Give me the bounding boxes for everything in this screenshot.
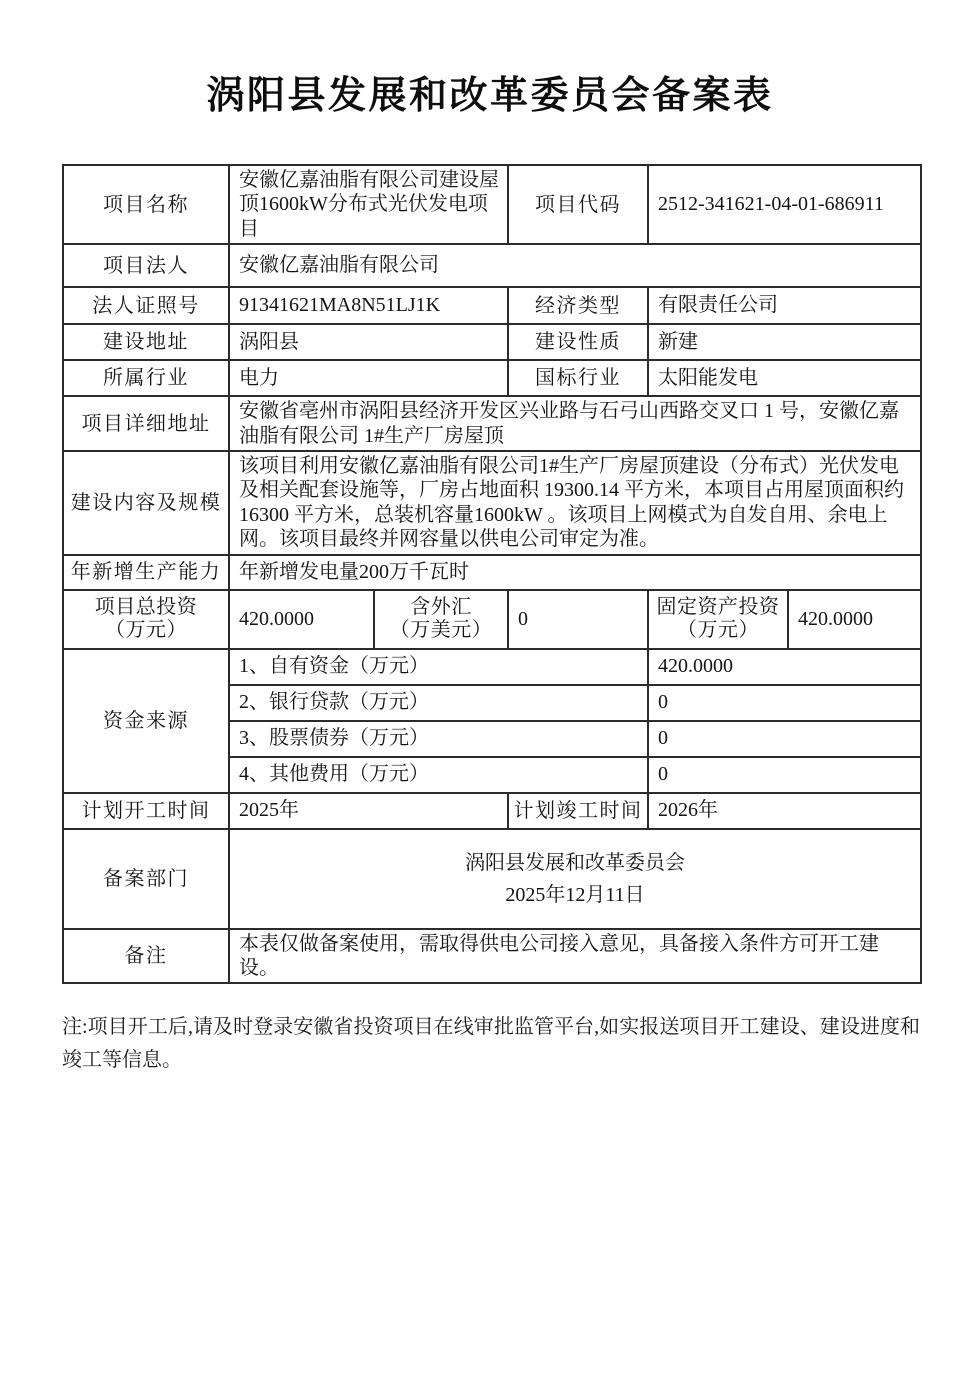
content-scale-value: 该项目利用安徽亿嘉油脂有限公司1#生产厂房屋顶建设（分布式）光伏发电及相关配套设… xyxy=(229,451,921,555)
national-industry-label: 国标行业 xyxy=(508,360,648,396)
registration-dept-label: 备案部门 xyxy=(63,829,229,929)
funding-item-4: 4、其他费用（万元） xyxy=(229,757,648,793)
content-scale-label: 建设内容及规模 xyxy=(63,451,229,555)
funding-source-label: 资金来源 xyxy=(63,649,229,793)
annual-capacity-label: 年新增生产能力 xyxy=(63,555,229,590)
license-no-value: 91341621MA8N51LJ1K xyxy=(229,287,508,324)
detail-address-value: 安徽省亳州市涡阳县经济开发区兴业路与石弓山西路交叉口 1 号，安徽亿嘉油脂有限公… xyxy=(229,396,921,451)
industry-value: 电力 xyxy=(229,360,508,396)
page-title: 涡阳县发展和改革委员会备案表 xyxy=(0,0,980,118)
table-row: 建设内容及规模 该项目利用安徽亿嘉油脂有限公司1#生产厂房屋顶建设（分布式）光伏… xyxy=(63,451,921,555)
remark-value: 本表仅做备案使用，需取得供电公司接入意见，具备接入条件方可开工建设。 xyxy=(229,929,921,984)
funding-value-3: 0 xyxy=(648,721,921,757)
total-investment-label: 项目总投资 （万元） xyxy=(63,590,229,649)
registration-authority: 涡阳县发展和改革委员会 xyxy=(230,847,920,879)
registration-dept-value: 涡阳县发展和改革委员会 2025年12月11日 xyxy=(229,829,921,929)
registration-date: 2025年12月11日 xyxy=(230,879,920,911)
plan-end-label: 计划竣工时间 xyxy=(508,793,648,829)
funding-item-2: 2、银行贷款（万元） xyxy=(229,685,648,721)
filing-table: 项目名称 安徽亿嘉油脂有限公司建设屋顶1600kW分布式光伏发电项目 项目代码 … xyxy=(62,164,922,984)
economic-type-value: 有限责任公司 xyxy=(648,287,921,324)
funding-value-4: 0 xyxy=(648,757,921,793)
legal-person-value: 安徽亿嘉油脂有限公司 xyxy=(229,244,921,287)
project-code-label: 项目代码 xyxy=(508,165,648,244)
build-nature-value: 新建 xyxy=(648,324,921,360)
table-row: 资金来源 1、自有资金（万元） 420.0000 xyxy=(63,649,921,685)
fixed-assets-value: 420.0000 xyxy=(788,590,921,649)
funding-value-2: 0 xyxy=(648,685,921,721)
document-page: 涡阳县发展和改革委员会备案表 项目名称 安徽亿嘉油脂有限公司建设屋顶1600kW… xyxy=(0,0,980,1387)
build-nature-label: 建设性质 xyxy=(508,324,648,360)
total-investment-value: 420.0000 xyxy=(229,590,374,649)
remark-label: 备注 xyxy=(63,929,229,984)
legal-person-label: 项目法人 xyxy=(63,244,229,287)
table-row: 建设地址 涡阳县 建设性质 新建 xyxy=(63,324,921,360)
national-industry-value: 太阳能发电 xyxy=(648,360,921,396)
detail-address-label: 项目详细地址 xyxy=(63,396,229,451)
project-name-label: 项目名称 xyxy=(63,165,229,244)
economic-type-label: 经济类型 xyxy=(508,287,648,324)
table-row: 项目详细地址 安徽省亳州市涡阳县经济开发区兴业路与石弓山西路交叉口 1 号，安徽… xyxy=(63,396,921,451)
plan-start-label: 计划开工时间 xyxy=(63,793,229,829)
annual-capacity-value: 年新增发电量200万千瓦时 xyxy=(229,555,921,590)
table-row: 法人证照号 91341621MA8N51LJ1K 经济类型 有限责任公司 xyxy=(63,287,921,324)
table-row: 所属行业 电力 国标行业 太阳能发电 xyxy=(63,360,921,396)
build-site-label: 建设地址 xyxy=(63,324,229,360)
funding-item-3: 3、股票债券（万元） xyxy=(229,721,648,757)
project-name-value: 安徽亿嘉油脂有限公司建设屋顶1600kW分布式光伏发电项目 xyxy=(229,165,508,244)
plan-end-value: 2026年 xyxy=(648,793,921,829)
table-row: 项目名称 安徽亿嘉油脂有限公司建设屋顶1600kW分布式光伏发电项目 项目代码 … xyxy=(63,165,921,244)
funding-value-1: 420.0000 xyxy=(648,649,921,685)
table-row: 项目总投资 （万元） 420.0000 含外汇 （万美元） 0 固定资产投资 （… xyxy=(63,590,921,649)
forex-value: 0 xyxy=(508,590,648,649)
funding-item-1: 1、自有资金（万元） xyxy=(229,649,648,685)
license-no-label: 法人证照号 xyxy=(63,287,229,324)
fixed-assets-label: 固定资产投资 （万元） xyxy=(648,590,788,649)
table-row: 计划开工时间 2025年 计划竣工时间 2026年 xyxy=(63,793,921,829)
industry-label: 所属行业 xyxy=(63,360,229,396)
table-row: 项目法人 安徽亿嘉油脂有限公司 xyxy=(63,244,921,287)
table-row: 年新增生产能力 年新增发电量200万千瓦时 xyxy=(63,555,921,590)
build-site-value: 涡阳县 xyxy=(229,324,508,360)
table-row: 备注 本表仅做备案使用，需取得供电公司接入意见，具备接入条件方可开工建设。 xyxy=(63,929,921,984)
table-row: 备案部门 涡阳县发展和改革委员会 2025年12月11日 xyxy=(63,829,921,929)
project-code-value: 2512-341621-04-01-686911 xyxy=(648,165,921,244)
footnote: 注:项目开工后,请及时登录安徽省投资项目在线审批监管平台,如实报送项目开工建设、… xyxy=(62,1011,920,1076)
forex-label: 含外汇 （万美元） xyxy=(374,590,508,649)
plan-start-value: 2025年 xyxy=(229,793,508,829)
